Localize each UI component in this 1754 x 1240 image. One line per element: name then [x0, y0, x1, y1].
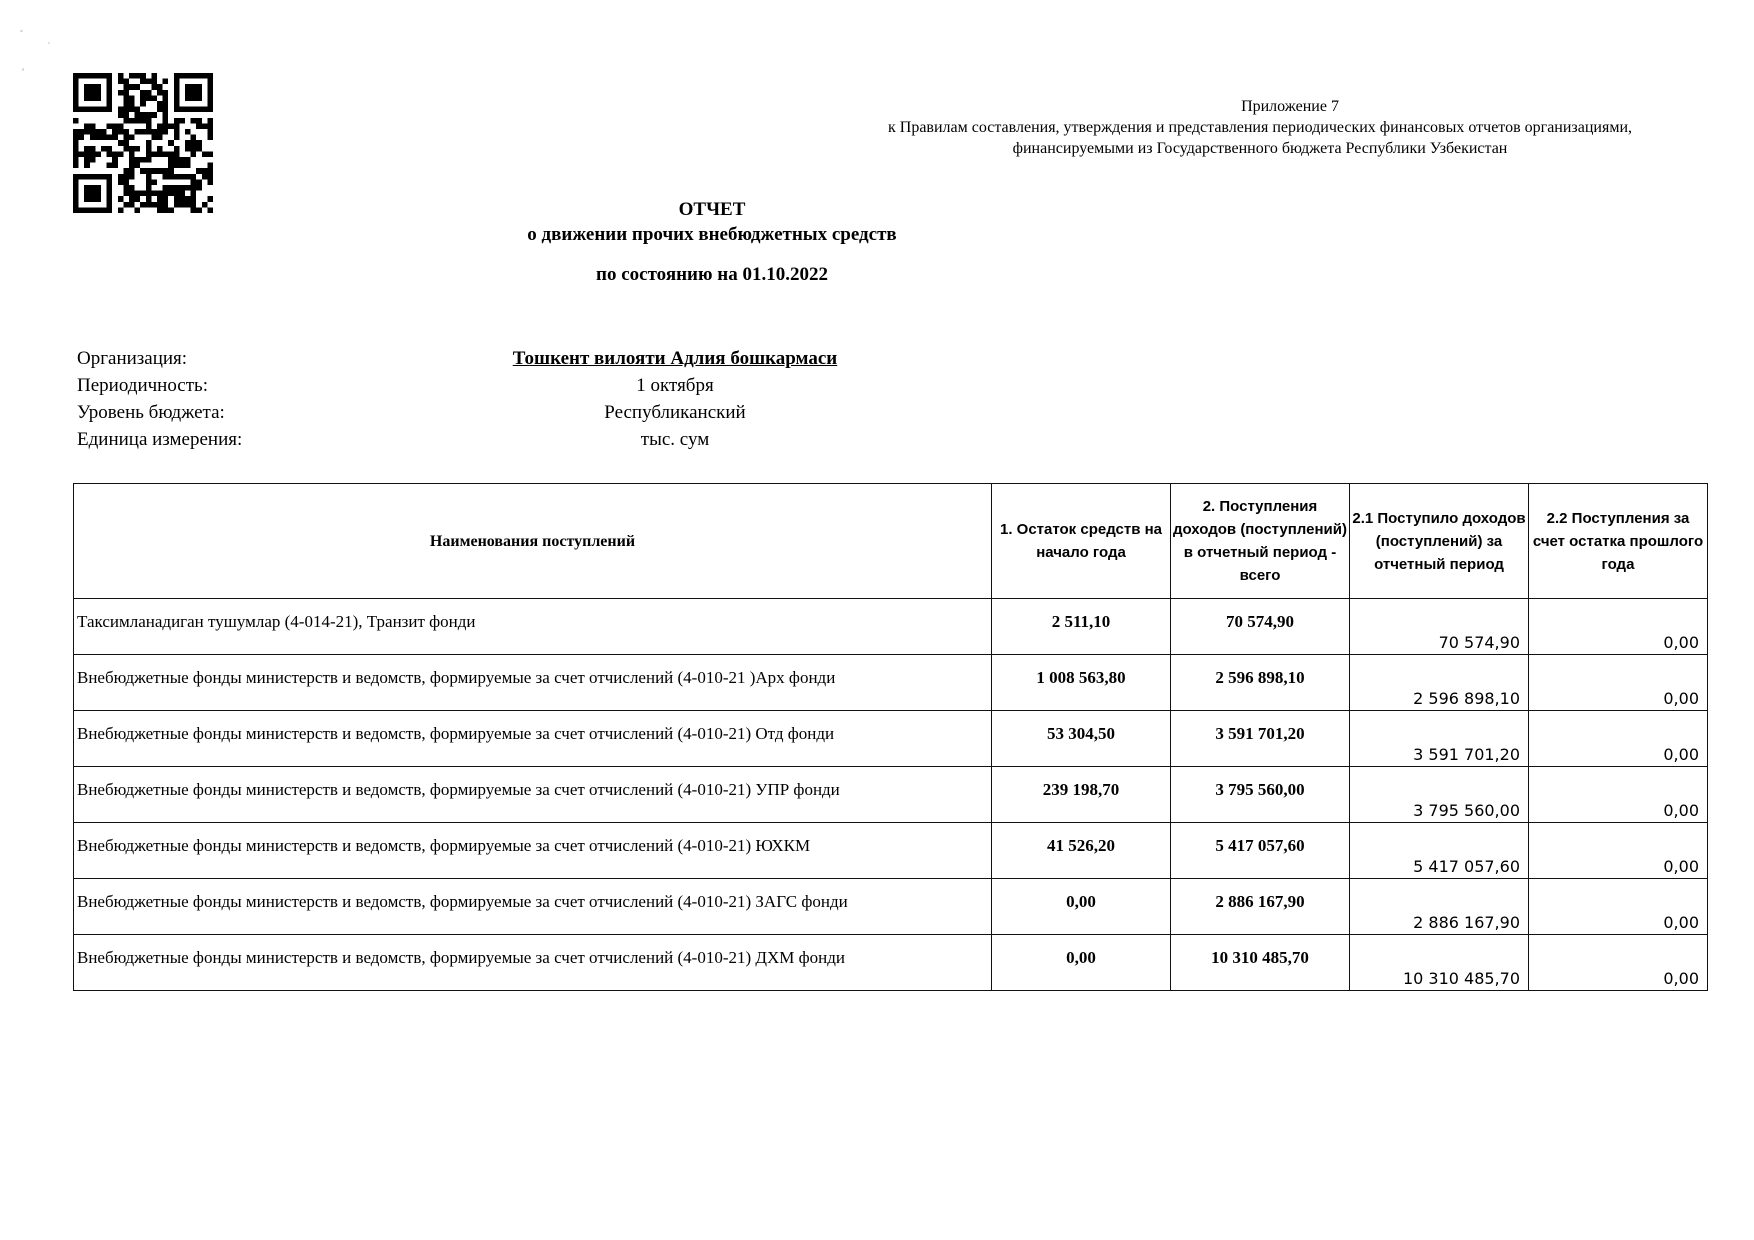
- header-income-name: Наименования поступлений: [74, 484, 992, 599]
- table-row: Внебюджетные фонды министерств и ведомст…: [74, 655, 1708, 711]
- from-prev-balance-text: 0,00: [1663, 689, 1699, 708]
- balance-start-cell: 53 304,50: [992, 711, 1171, 767]
- from-prev-balance-text: 0,00: [1663, 745, 1699, 764]
- balance-start-text: 41 526,20: [1047, 836, 1115, 855]
- from-prev-balance-cell: 0,00: [1529, 711, 1708, 767]
- from-prev-balance-text: 0,00: [1663, 969, 1699, 988]
- unit-value: тыс. сум: [440, 427, 910, 453]
- receipts-total-cell: 10 310 485,70: [1171, 935, 1350, 991]
- received-period-text: 5 417 057,60: [1413, 857, 1520, 876]
- from-prev-balance-cell: 0,00: [1529, 879, 1708, 935]
- received-period-text: 2 596 898,10: [1413, 689, 1520, 708]
- table-header-row: Наименования поступлений 1. Остаток сред…: [74, 484, 1708, 599]
- appendix-rule-reference-cont: финансируемыми из Государственного бюдже…: [860, 138, 1660, 159]
- receipts-total-text: 3 591 701,20: [1215, 724, 1304, 743]
- balance-start-cell: 239 198,70: [992, 767, 1171, 823]
- receipts-total-text: 10 310 485,70: [1211, 948, 1309, 967]
- income-name-cell: Внебюджетные фонды министерств и ведомст…: [74, 767, 992, 823]
- organization-label: Организация:: [77, 346, 187, 372]
- report-title-block: ОТЧЕТ о движении прочих внебюджетных сре…: [412, 198, 1012, 288]
- scan-artifact: [20, 30, 23, 32]
- received-period-text: 2 886 167,90: [1413, 913, 1520, 932]
- balance-start-text: 0,00: [1066, 892, 1096, 911]
- receipts-total-cell: 2 596 898,10: [1171, 655, 1350, 711]
- receipts-total-cell: 3 795 560,00: [1171, 767, 1350, 823]
- from-prev-balance-text: 0,00: [1663, 801, 1699, 820]
- periodicity-label: Периодичность:: [77, 373, 208, 399]
- report-date: по состоянию на 01.10.2022: [412, 262, 1012, 288]
- report-table: Наименования поступлений 1. Остаток сред…: [73, 483, 1708, 991]
- scan-artifact: [22, 68, 24, 71]
- balance-start-cell: 0,00: [992, 879, 1171, 935]
- header-received-period: 2.1 Поступило доходов (поступлений) за о…: [1350, 484, 1529, 599]
- receipts-total-text: 5 417 057,60: [1215, 836, 1304, 855]
- receipts-total-cell: 3 591 701,20: [1171, 711, 1350, 767]
- received-period-cell: 70 574,90: [1350, 599, 1529, 655]
- table-row: Таксимланадиган тушумлар (4-014-21), Тра…: [74, 599, 1708, 655]
- from-prev-balance-cell: 0,00: [1529, 823, 1708, 879]
- balance-start-text: 0,00: [1066, 948, 1096, 967]
- income-name-cell: Внебюджетные фонды министерств и ведомст…: [74, 711, 992, 767]
- receipts-total-cell: 5 417 057,60: [1171, 823, 1350, 879]
- from-prev-balance-text: 0,00: [1663, 857, 1699, 876]
- appendix-rule-reference: к Правилам составления, утверждения и пр…: [860, 117, 1660, 138]
- from-prev-balance-text: 0,00: [1663, 913, 1699, 932]
- budget-level-value: Республиканский: [440, 400, 910, 426]
- header-balance-start: 1. Остаток средств на начало года: [992, 484, 1171, 599]
- appendix-number: Приложение 7: [860, 96, 1660, 117]
- income-name-text: Внебюджетные фонды министерств и ведомст…: [77, 948, 845, 967]
- report-heading: ОТЧЕТ: [412, 198, 1012, 222]
- income-name-cell: Внебюджетные фонды министерств и ведомст…: [74, 655, 992, 711]
- received-period-cell: 3 795 560,00: [1350, 767, 1529, 823]
- receipts-total-cell: 70 574,90: [1171, 599, 1350, 655]
- income-name-cell: Внебюджетные фонды министерств и ведомст…: [74, 879, 992, 935]
- receipts-total-cell: 2 886 167,90: [1171, 879, 1350, 935]
- receipts-total-text: 2 596 898,10: [1215, 668, 1304, 687]
- balance-start-cell: 0,00: [992, 935, 1171, 991]
- received-period-cell: 10 310 485,70: [1350, 935, 1529, 991]
- income-name-text: Внебюджетные фонды министерств и ведомст…: [77, 668, 835, 687]
- balance-start-text: 239 198,70: [1043, 780, 1120, 799]
- table-row: Внебюджетные фонды министерств и ведомст…: [74, 767, 1708, 823]
- table-row: Внебюджетные фонды министерств и ведомст…: [74, 711, 1708, 767]
- balance-start-text: 53 304,50: [1047, 724, 1115, 743]
- received-period-cell: 2 596 898,10: [1350, 655, 1529, 711]
- appendix-note: Приложение 7 к Правилам составления, утв…: [860, 96, 1660, 159]
- income-name-cell: Внебюджетные фонды министерств и ведомст…: [74, 935, 992, 991]
- table-row: Внебюджетные фонды министерств и ведомст…: [74, 823, 1708, 879]
- receipts-total-text: 2 886 167,90: [1215, 892, 1304, 911]
- received-period-text: 70 574,90: [1439, 633, 1520, 652]
- balance-start-text: 1 008 563,80: [1036, 668, 1125, 687]
- received-period-cell: 2 886 167,90: [1350, 879, 1529, 935]
- income-name-text: Внебюджетные фонды министерств и ведомст…: [77, 892, 848, 911]
- periodicity-value: 1 октября: [440, 373, 910, 399]
- organization-value: Тошкент вилояти Адлия бошкармаси: [440, 346, 910, 372]
- from-prev-balance-cell: 0,00: [1529, 767, 1708, 823]
- received-period-text: 3 591 701,20: [1413, 745, 1520, 764]
- income-name-cell: Таксимланадиган тушумлар (4-014-21), Тра…: [74, 599, 992, 655]
- scan-artifact: [48, 42, 50, 44]
- received-period-cell: 5 417 057,60: [1350, 823, 1529, 879]
- header-from-prev-balance: 2.2 Поступления за счет остатка прошлого…: [1529, 484, 1708, 599]
- from-prev-balance-cell: 0,00: [1529, 655, 1708, 711]
- income-name-text: Таксимланадиган тушумлар (4-014-21), Тра…: [77, 612, 476, 631]
- table-row: Внебюджетные фонды министерств и ведомст…: [74, 879, 1708, 935]
- balance-start-cell: 2 511,10: [992, 599, 1171, 655]
- received-period-cell: 3 591 701,20: [1350, 711, 1529, 767]
- receipts-total-text: 70 574,90: [1226, 612, 1294, 631]
- income-name-text: Внебюджетные фонды министерств и ведомст…: [77, 836, 810, 855]
- unit-label: Единица измерения:: [77, 427, 242, 453]
- header-receipts-total: 2. Поступления доходов (поступлений) в о…: [1171, 484, 1350, 599]
- qr-code-icon: [73, 73, 213, 213]
- table-row: Внебюджетные фонды министерств и ведомст…: [74, 935, 1708, 991]
- income-name-cell: Внебюджетные фонды министерств и ведомст…: [74, 823, 992, 879]
- receipts-total-text: 3 795 560,00: [1215, 780, 1304, 799]
- balance-start-cell: 41 526,20: [992, 823, 1171, 879]
- balance-start-text: 2 511,10: [1052, 612, 1111, 631]
- budget-level-label: Уровень бюджета:: [77, 400, 225, 426]
- from-prev-balance-text: 0,00: [1663, 633, 1699, 652]
- from-prev-balance-cell: 0,00: [1529, 599, 1708, 655]
- income-name-text: Внебюджетные фонды министерств и ведомст…: [77, 724, 834, 743]
- report-subheading: о движении прочих внебюджетных средств: [412, 222, 1012, 248]
- received-period-text: 3 795 560,00: [1413, 801, 1520, 820]
- from-prev-balance-cell: 0,00: [1529, 935, 1708, 991]
- income-name-text: Внебюджетные фонды министерств и ведомст…: [77, 780, 840, 799]
- balance-start-cell: 1 008 563,80: [992, 655, 1171, 711]
- received-period-text: 10 310 485,70: [1403, 969, 1520, 988]
